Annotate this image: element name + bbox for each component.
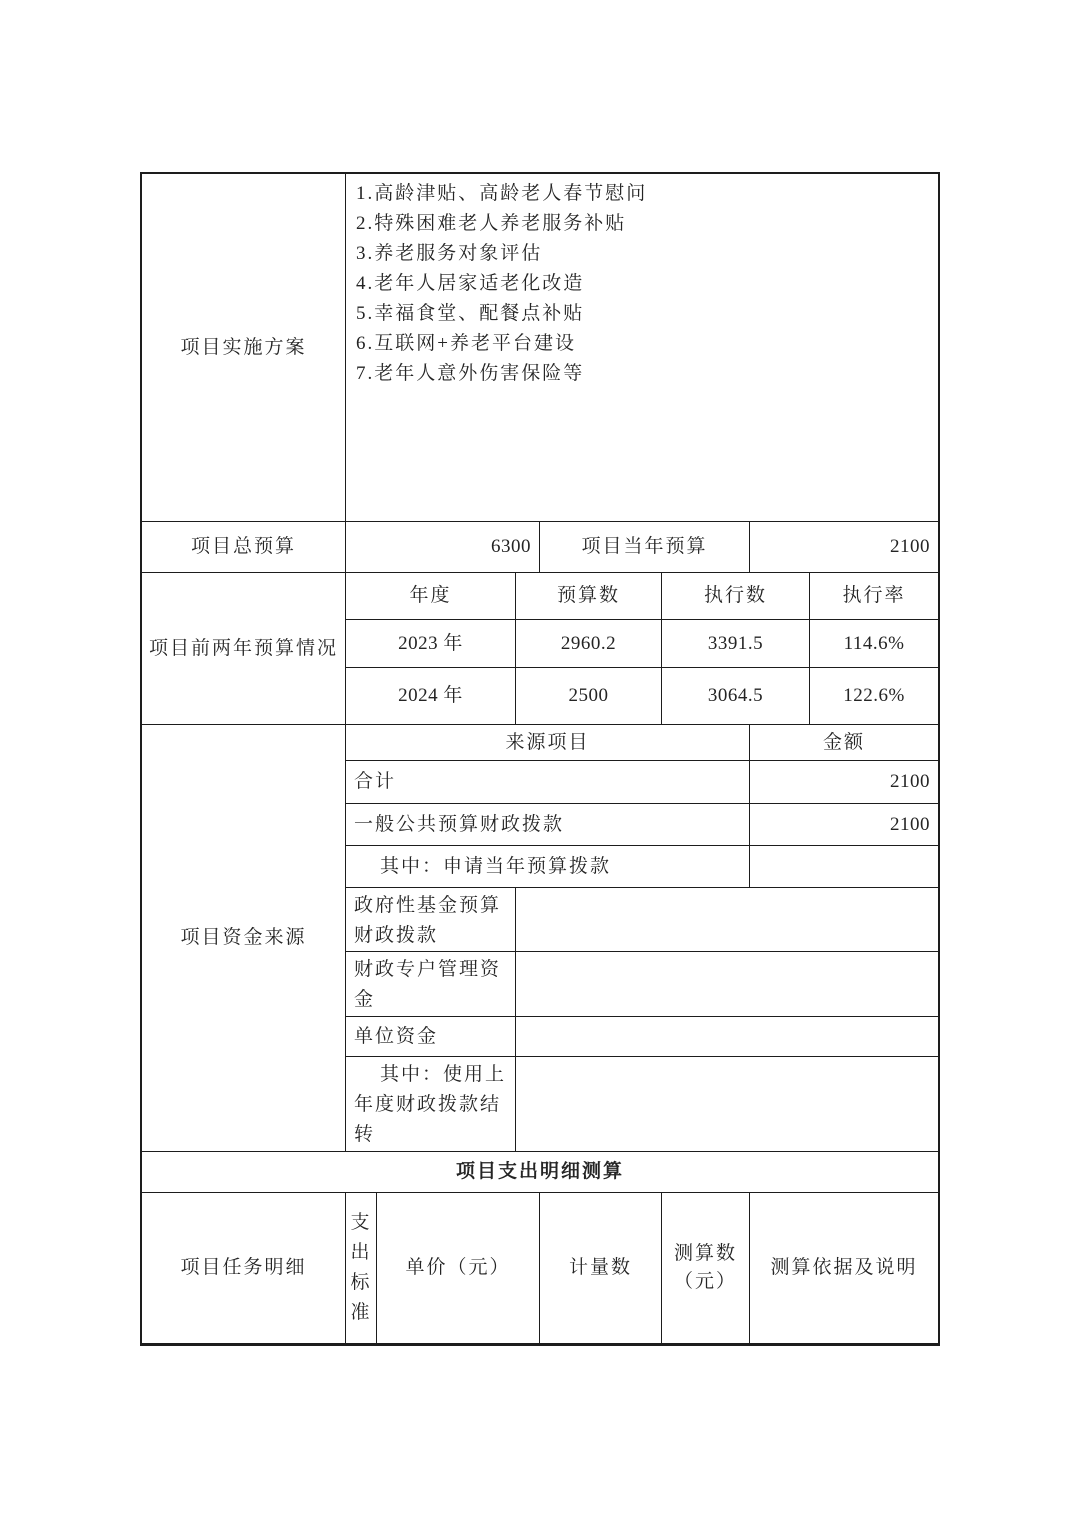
current-year-budget-label: 项目当年预算	[540, 522, 750, 573]
plan-line-5: 5.幸福食堂、配餐点补贴	[356, 299, 584, 329]
funding-row-current-year-appropriation-amount	[750, 846, 938, 888]
funding-row-current-year-appropriation-name: 其中：申请当年预算拨款	[346, 846, 750, 888]
plan-line-6: 6.互联网+养老平台建设	[356, 329, 576, 359]
rate-2024-cell: 122.6%	[810, 668, 938, 725]
plan-line-2: 2.特殊困难老人养老服务补贴	[356, 209, 626, 239]
detail-header-basis: 测算依据及说明	[750, 1193, 938, 1343]
detail-header-unit-price: 单价（元）	[377, 1193, 540, 1343]
amount-header: 金额	[750, 725, 938, 761]
funding-row-unit-funds-name: 单位资金	[346, 1017, 516, 1057]
executed-column-header: 执行数	[662, 573, 810, 620]
total-budget-value: 6300	[346, 522, 540, 573]
funding-row-fiscal-account-name: 财政专户管理资金	[346, 952, 516, 1017]
funding-row-gov-fund-name: 政府性基金预算财政拨款	[346, 888, 516, 952]
detail-header-standard: 支出标准	[346, 1193, 377, 1343]
executed-2023-cell: 3391.5	[662, 620, 810, 668]
funding-row-carryover-name: 其中：使用上年度财政拨款结转	[346, 1057, 516, 1152]
rate-2023-cell: 114.6%	[810, 620, 938, 668]
detail-header-quantity: 计量数	[540, 1193, 662, 1343]
document-page: 项目实施方案 1.高龄津贴、高龄老人春节慰问 2.特殊困难老人养老服务补贴 3.…	[0, 0, 1074, 1520]
budget-2024-cell: 2500	[516, 668, 662, 725]
implementation-plan-content: 1.高龄津贴、高龄老人春节慰问 2.特殊困难老人养老服务补贴 3.养老服务对象评…	[346, 174, 938, 522]
year-column-header: 年度	[346, 573, 516, 620]
plan-line-1: 1.高龄津贴、高龄老人春节慰问	[356, 179, 647, 209]
expense-detail-section-title: 项目支出明细测算	[142, 1152, 938, 1193]
year-2023-cell: 2023 年	[346, 620, 516, 668]
rate-column-header: 执行率	[810, 573, 938, 620]
funding-row-general-budget-amount: 2100	[750, 804, 938, 846]
funding-row-gov-fund-amount	[516, 888, 938, 952]
prior-years-label: 项目前两年预算情况	[142, 573, 346, 725]
funding-sources-label: 项目资金来源	[142, 725, 346, 1152]
detail-header-task: 项目任务明细	[142, 1193, 346, 1343]
budget-column-header: 预算数	[516, 573, 662, 620]
funding-row-carryover-amount	[516, 1057, 938, 1152]
executed-2024-cell: 3064.5	[662, 668, 810, 725]
year-2024-cell: 2024 年	[346, 668, 516, 725]
funding-row-fiscal-account-amount	[516, 952, 938, 1017]
detail-header-estimate: 测算数（元）	[662, 1193, 750, 1343]
plan-line-7: 7.老年人意外伤害保险等	[356, 359, 584, 389]
total-budget-label: 项目总预算	[142, 522, 346, 573]
funding-row-total-name: 合计	[346, 761, 750, 804]
source-item-header: 来源项目	[346, 725, 750, 761]
funding-row-general-budget-name: 一般公共预算财政拨款	[346, 804, 750, 846]
funding-row-unit-funds-amount	[516, 1017, 938, 1057]
funding-row-total-amount: 2100	[750, 761, 938, 804]
plan-line-3: 3.养老服务对象评估	[356, 239, 542, 269]
plan-line-4: 4.老年人居家适老化改造	[356, 269, 584, 299]
implementation-plan-label: 项目实施方案	[142, 174, 346, 522]
project-budget-table: 项目实施方案 1.高龄津贴、高龄老人春节慰问 2.特殊困难老人养老服务补贴 3.…	[140, 172, 940, 1346]
current-year-budget-value: 2100	[750, 522, 938, 573]
budget-2023-cell: 2960.2	[516, 620, 662, 668]
